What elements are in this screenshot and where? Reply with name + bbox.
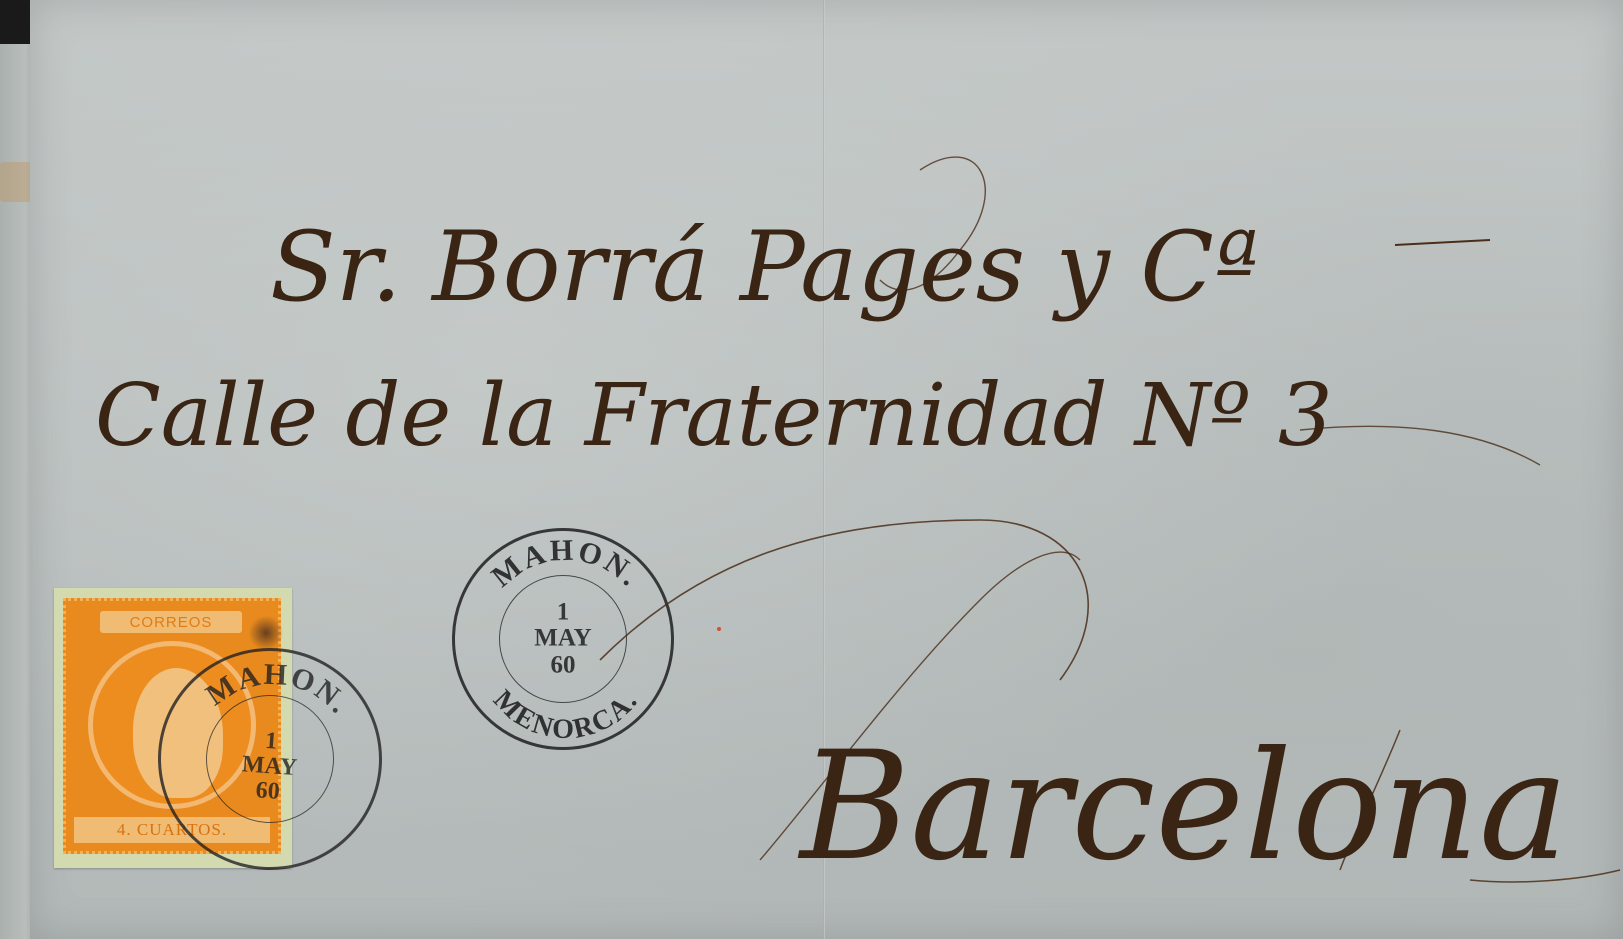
postmark-month: MAY <box>241 752 298 781</box>
fold-crease <box>823 0 825 939</box>
postmark-date: 1 MAY 60 <box>239 727 299 806</box>
red-ink-speck <box>717 627 721 631</box>
postmark-year: 60 <box>534 652 591 678</box>
postmark-month: MAY <box>534 626 591 652</box>
postmark-year: 60 <box>239 778 296 807</box>
paper-stain <box>0 162 32 202</box>
postmark-day: 1 <box>534 600 591 626</box>
ink-blot <box>248 616 284 650</box>
main-postmark: MAHON. MENORCA. 1 MAY 60 <box>452 528 674 750</box>
stamp-header: CORREOS <box>100 611 242 633</box>
stamp-cancel-postmark: MAHON. 1 MAY 60 <box>151 640 390 877</box>
postmark-date: 1 MAY 60 <box>534 600 591 679</box>
